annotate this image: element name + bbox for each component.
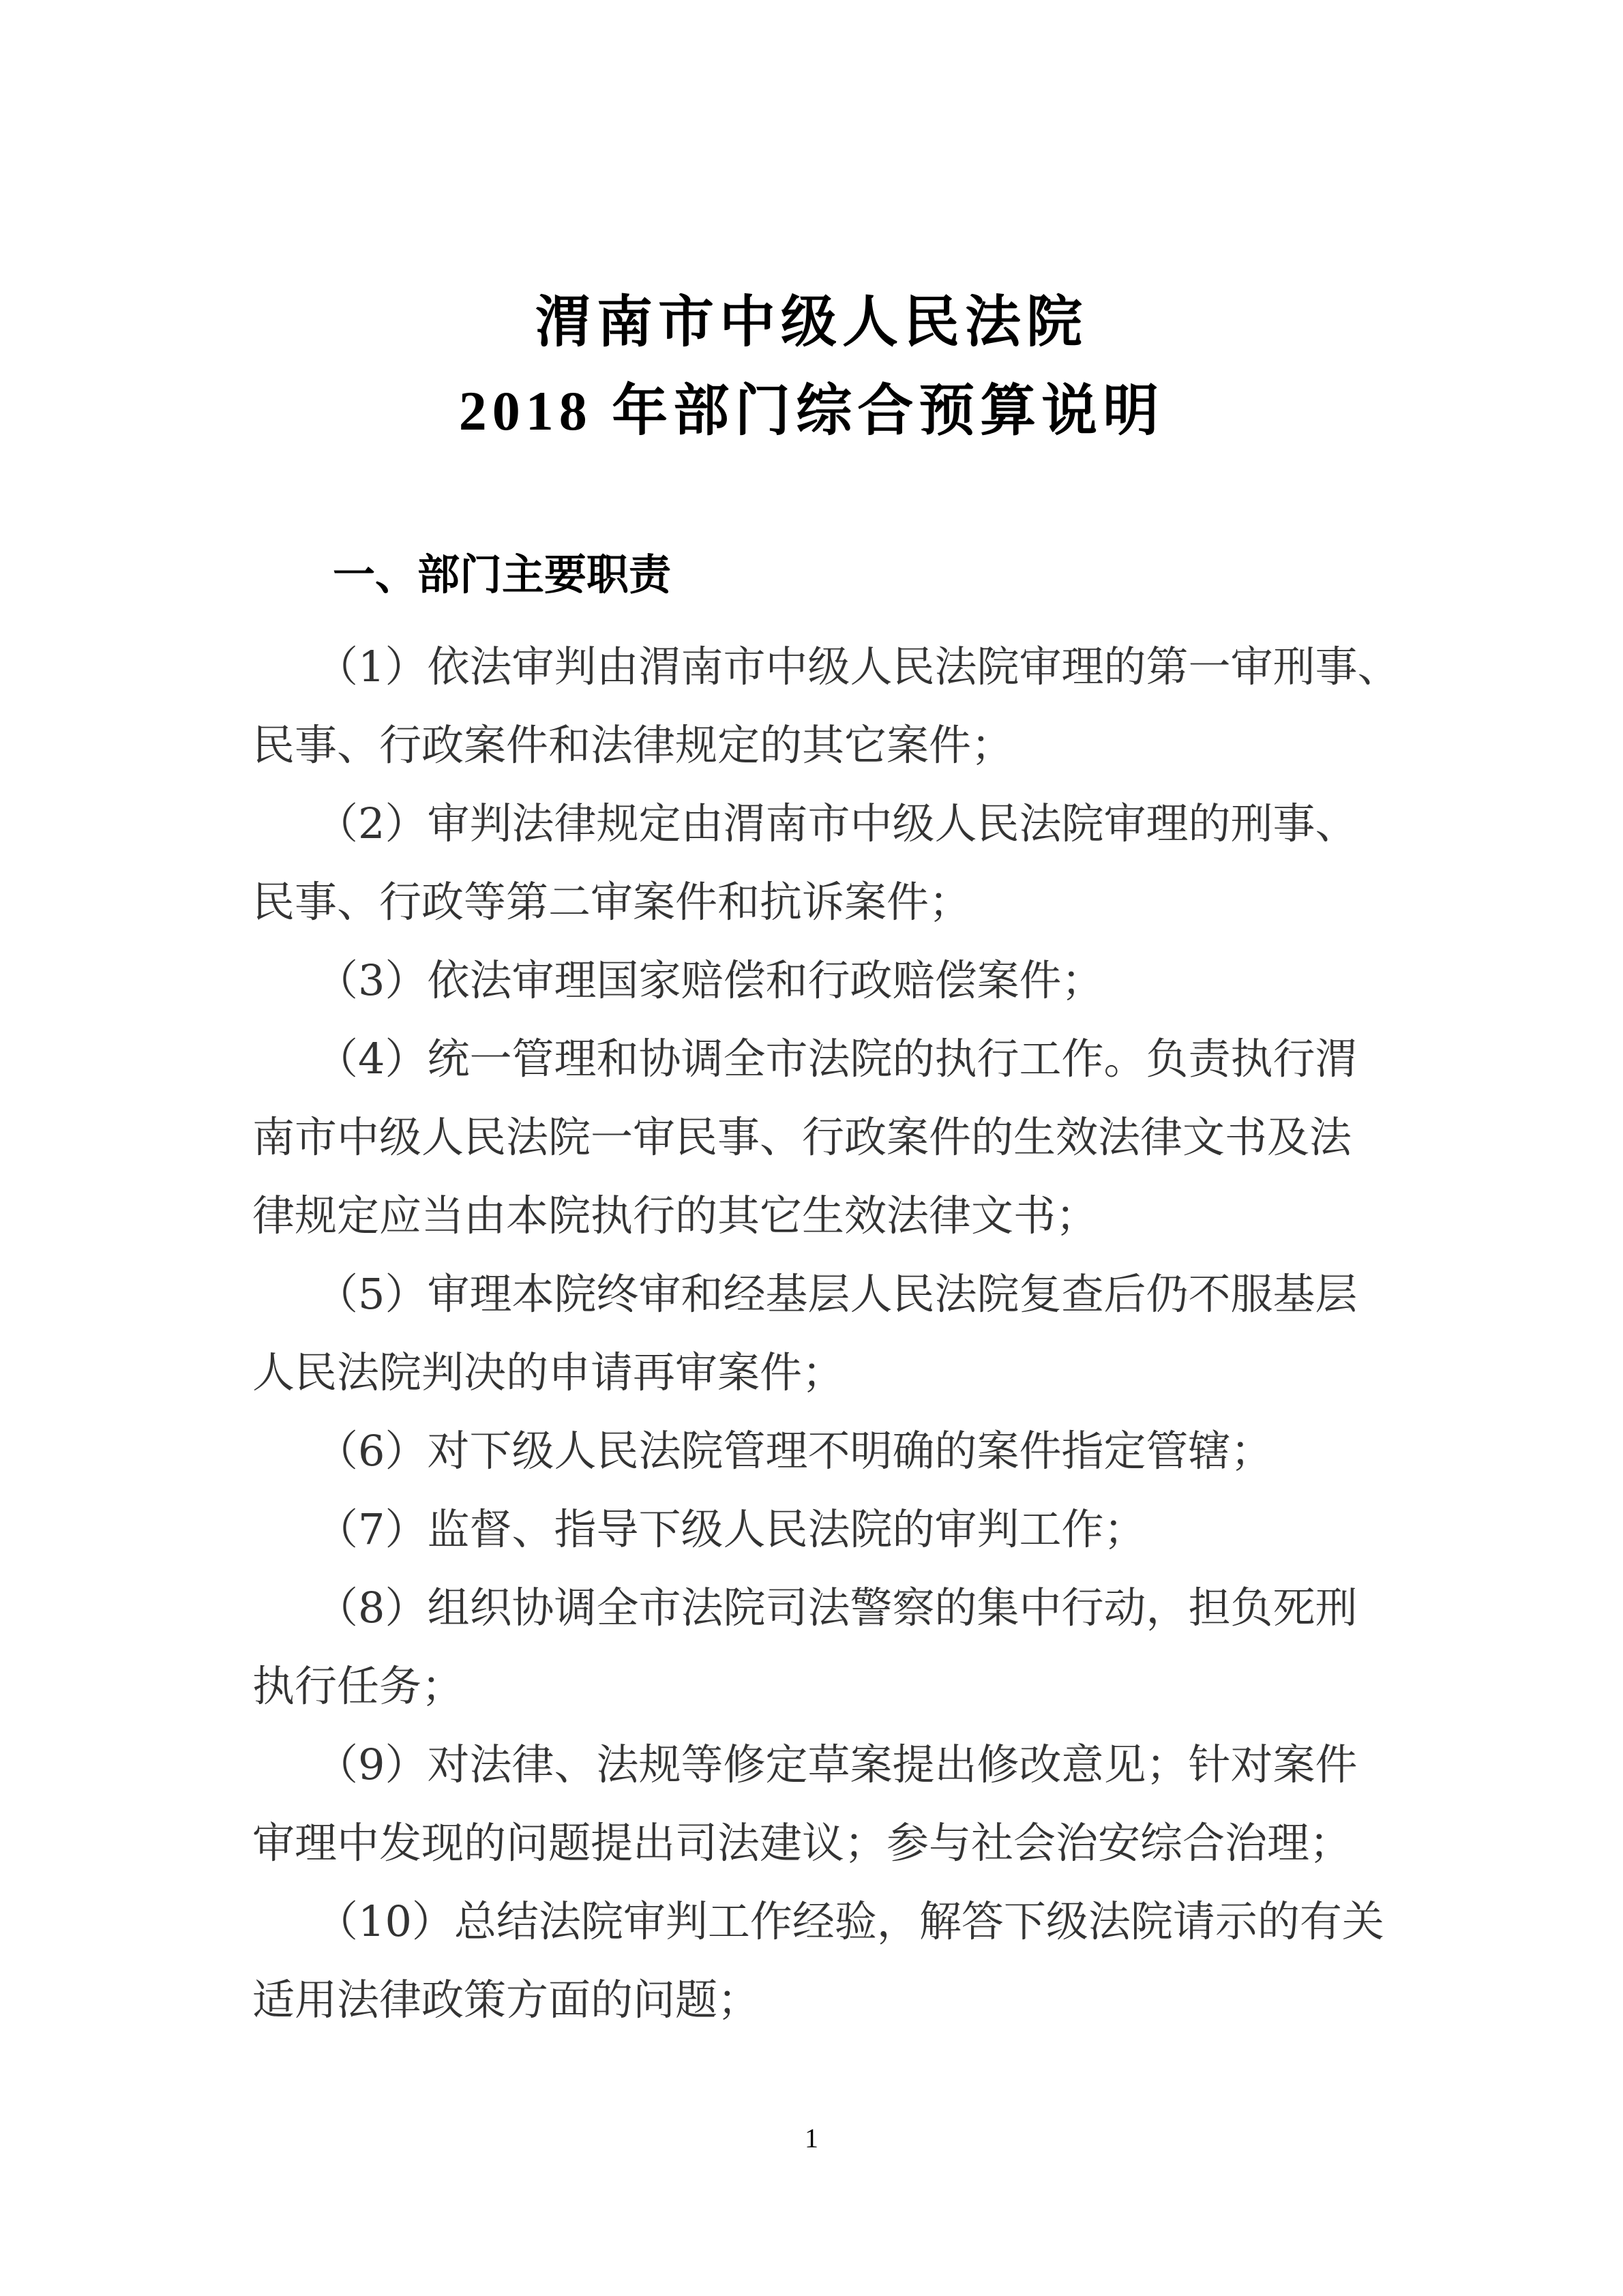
body-line: （5）审理本院终审和经基层人民法院复查后仍不服基层 [252,1255,1378,1333]
body-line: 审理中发现的问题提出司法建议；参与社会治安综合治理； [252,1804,1378,1882]
body-line: （3）依法审理国家赔偿和行政赔偿案件； [252,941,1378,1019]
paragraph: （5）审理本院终审和经基层人民法院复查后仍不服基层人民法院判决的申请再审案件； [252,1255,1378,1412]
document-page: 渭南市中级人民法院 2018 年部门综合预算说明 一、部门主要职责 （1）依法审… [0,0,1623,2296]
body-line: （7）监督、指导下级人民法院的审判工作； [252,1490,1378,1568]
paragraph: （10）总结法院审判工作经验，解答下级法院请示的有关适用法律政策方面的问题； [252,1882,1378,2039]
body-line: 民事、行政案件和法律规定的其它案件； [252,706,1378,784]
body-line: 执行任务； [252,1647,1378,1725]
section-heading: 一、部门主要职责 [333,547,671,604]
body-line: 律规定应当由本院执行的其它生效法律文书； [252,1176,1378,1255]
paragraph: （3）依法审理国家赔偿和行政赔偿案件； [252,941,1378,1019]
title-line-1: 渭南市中级人民法院 [0,278,1623,367]
page-number: 1 [0,2122,1623,2155]
body-line: （10）总结法院审判工作经验，解答下级法院请示的有关 [252,1882,1378,1960]
paragraph: （1）依法审判由渭南市中级人民法院审理的第一审刑事、民事、行政案件和法律规定的其… [252,627,1378,784]
paragraph: （9）对法律、法规等修定草案提出修改意见；针对案件审理中发现的问题提出司法建议；… [252,1725,1378,1882]
title-line-2: 2018 年部门综合预算说明 [0,367,1623,456]
body-line: （9）对法律、法规等修定草案提出修改意见；针对案件 [252,1725,1378,1804]
body-line: （8）组织协调全市法院司法警察的集中行动，担负死刑 [252,1568,1378,1647]
body-line: 民事、行政等第二审案件和抗诉案件； [252,863,1378,941]
paragraph: （4）统一管理和协调全市法院的执行工作。负责执行渭南市中级人民法院一审民事、行政… [252,1019,1378,1255]
paragraph: （7）监督、指导下级人民法院的审判工作； [252,1490,1378,1568]
body-line: （1）依法审判由渭南市中级人民法院审理的第一审刑事、 [252,627,1378,706]
body-line: 人民法院判决的申请再审案件； [252,1333,1378,1412]
document-title: 渭南市中级人民法院 2018 年部门综合预算说明 [0,278,1623,456]
body-line: （6）对下级人民法院管理不明确的案件指定管辖； [252,1412,1378,1490]
body-line: （2）审判法律规定由渭南市中级人民法院审理的刑事、 [252,784,1378,863]
document-body: （1）依法审判由渭南市中级人民法院审理的第一审刑事、民事、行政案件和法律规定的其… [252,627,1378,2039]
paragraph: （6）对下级人民法院管理不明确的案件指定管辖； [252,1412,1378,1490]
body-line: 适用法律政策方面的问题； [252,1960,1378,2039]
paragraph: （8）组织协调全市法院司法警察的集中行动，担负死刑执行任务； [252,1568,1378,1725]
body-line: （4）统一管理和协调全市法院的执行工作。负责执行渭 [252,1019,1378,1098]
body-line: 南市中级人民法院一审民事、行政案件的生效法律文书及法 [252,1098,1378,1176]
paragraph: （2）审判法律规定由渭南市中级人民法院审理的刑事、民事、行政等第二审案件和抗诉案… [252,784,1378,941]
